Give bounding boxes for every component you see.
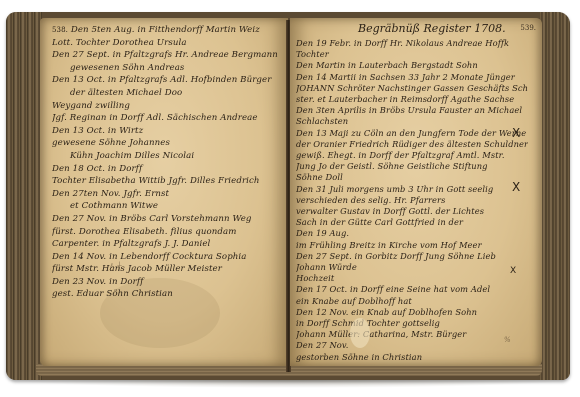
left-line: Den 18 Oct. in Dorff <box>52 163 284 176</box>
left-line: fürst Mstr. Hans Jacob Müller Meister <box>52 263 284 276</box>
right-line: Den 27 Sept. in Gorbitz Dorff Jung Söhne… <box>296 251 528 262</box>
right-line: Den 12 Nov. ein Knab auf Doblhofen Sohn <box>296 307 528 318</box>
right-line: der Oranier Friedrich Rüdiger des ältest… <box>296 139 528 150</box>
left-line: et Cothmann Witwe <box>52 200 284 213</box>
right-line: Sach in der Gütte Carl Gottfried in der <box>296 217 528 228</box>
right-line: Den 19 Aug. <box>296 228 528 239</box>
margin-mark-x: X <box>510 266 516 276</box>
right-page-text: Den 19 Febr. in Dorff Hr. Nikolaus Andre… <box>296 38 528 363</box>
right-line: Den 27 Nov. <box>296 340 528 351</box>
left-line: gewesenen Söhn Andreas <box>52 62 284 75</box>
left-page-stack <box>6 12 42 380</box>
left-line: fürst. Dorothea Elisabeth. filius quonda… <box>52 226 284 239</box>
left-line: gest. Eduar Söhn Christian <box>52 288 284 301</box>
right-line: verschieden des selig. Hr. Pfarrers <box>296 195 528 206</box>
left-page: 538. Den 5ten Aug. in Fitthendorff Marti… <box>40 18 288 366</box>
right-line: ein Knabe auf Doblhoff hat <box>296 296 528 307</box>
right-line: gestorben Söhne in Christian <box>296 352 528 363</box>
left-line: Weygand zwilling <box>52 100 284 113</box>
right-line: Den 13 Maji zu Cöln an den Jungfern Tode… <box>296 128 528 139</box>
left-line: Tochter Elisabetha Wittib Jgfr. Dilles F… <box>52 175 284 188</box>
left-line: Den 27ten Nov. Jgfr. Ernst <box>52 188 284 201</box>
left-line: Lott. Tochter Dorothea Ursula <box>52 37 284 50</box>
left-line: gewesene Söhne Johannes <box>52 137 284 150</box>
right-line: JOHANN Schröter Nachstinger Gassen Gesch… <box>296 83 528 94</box>
right-line: Den 3ten Aprilis in Bröbs Ursula Fauster… <box>296 105 528 116</box>
right-line: Johann Müller: Catharina, Mstr. Bürger <box>296 329 528 340</box>
right-line: Den 19 Febr. in Dorff Hr. Nikolaus Andre… <box>296 38 528 49</box>
left-line: der ältesten Michael Doo <box>52 87 284 100</box>
left-line: Den 14 Nov. in Lebendorff Cocktura Sophi… <box>52 251 284 264</box>
right-page: Begräbnüß Register 1708. 539. Den 19 Feb… <box>290 18 542 366</box>
margin-mark-x: X <box>512 180 520 194</box>
right-line: verwalter Gustav in Dorff Gottl. der Lic… <box>296 206 528 217</box>
left-line: Den 23 Nov. in Dorff <box>52 276 284 289</box>
right-line: in Dorff Schmid Tochter gottselig <box>296 318 528 329</box>
right-line: Tochter <box>296 49 528 60</box>
right-line: Johann Würde <box>296 262 528 273</box>
left-line: 538. Den 5ten Aug. in Fitthendorff Marti… <box>52 24 284 37</box>
paper-highlight <box>350 318 370 348</box>
faint-annotation: ℓ. ┼ <box>110 262 122 270</box>
open-book: 538. Den 5ten Aug. in Fitthendorff Marti… <box>6 12 570 380</box>
right-page-stack <box>540 12 570 380</box>
right-line: Hochzeit <box>296 273 528 284</box>
left-line: Den 27 Sept. in Pfaltzgrafs Hr. Andreae … <box>52 49 284 62</box>
right-line: im Frühling Breitz in Kirche vom Hof Mee… <box>296 240 528 251</box>
right-line: Den 17 Oct. in Dorff eine Seine hat vom … <box>296 284 528 295</box>
right-line: Den Martin in Lauterbach Bergstadt Sohn <box>296 60 528 71</box>
right-line: Schlachsten <box>296 116 528 127</box>
right-line: ster. et Lauterbacher in Reimsdorff Agat… <box>296 94 528 105</box>
left-line: Kühn Joachim Dilles Nicolai <box>52 150 284 163</box>
faint-mark: % <box>504 336 511 344</box>
left-line: Den 13 Oct. in Pfaltzgrafs Adl. Hofbinde… <box>52 74 284 87</box>
right-line: Söhne Doll <box>296 172 528 183</box>
left-line: Jgf. Reginan in Dorff Adl. Sächischen An… <box>52 112 284 125</box>
left-page-text: 538. Den 5ten Aug. in Fitthendorff Marti… <box>52 24 284 301</box>
right-line: gewiß. Ehegt. in Dorff der Pfaltzgraf Am… <box>296 150 528 161</box>
manuscript-photo: 538. Den 5ten Aug. in Fitthendorff Marti… <box>0 0 580 397</box>
right-page-number: 539. <box>520 24 536 32</box>
left-line: Den 27 Nov. in Bröbs Carl Vorstehmann We… <box>52 213 284 226</box>
register-title: Begräbnüß Register 1708. <box>358 22 506 35</box>
left-page-number: 538. <box>52 26 68 34</box>
left-line: Den 13 Oct. in Wirtz <box>52 125 284 138</box>
right-line: Jung Jo der Geistl. Söhne Geistliche Sti… <box>296 161 528 172</box>
left-line: Carpenter. in Pfaltzgrafs J. J. Daniel <box>52 238 284 251</box>
right-line: Den 14 Martii in Sachsen 33 Jahr 2 Monat… <box>296 72 528 83</box>
margin-mark-x: X <box>512 126 520 140</box>
right-line: Den 31 Juli morgens umb 3 Uhr in Gott se… <box>296 184 528 195</box>
